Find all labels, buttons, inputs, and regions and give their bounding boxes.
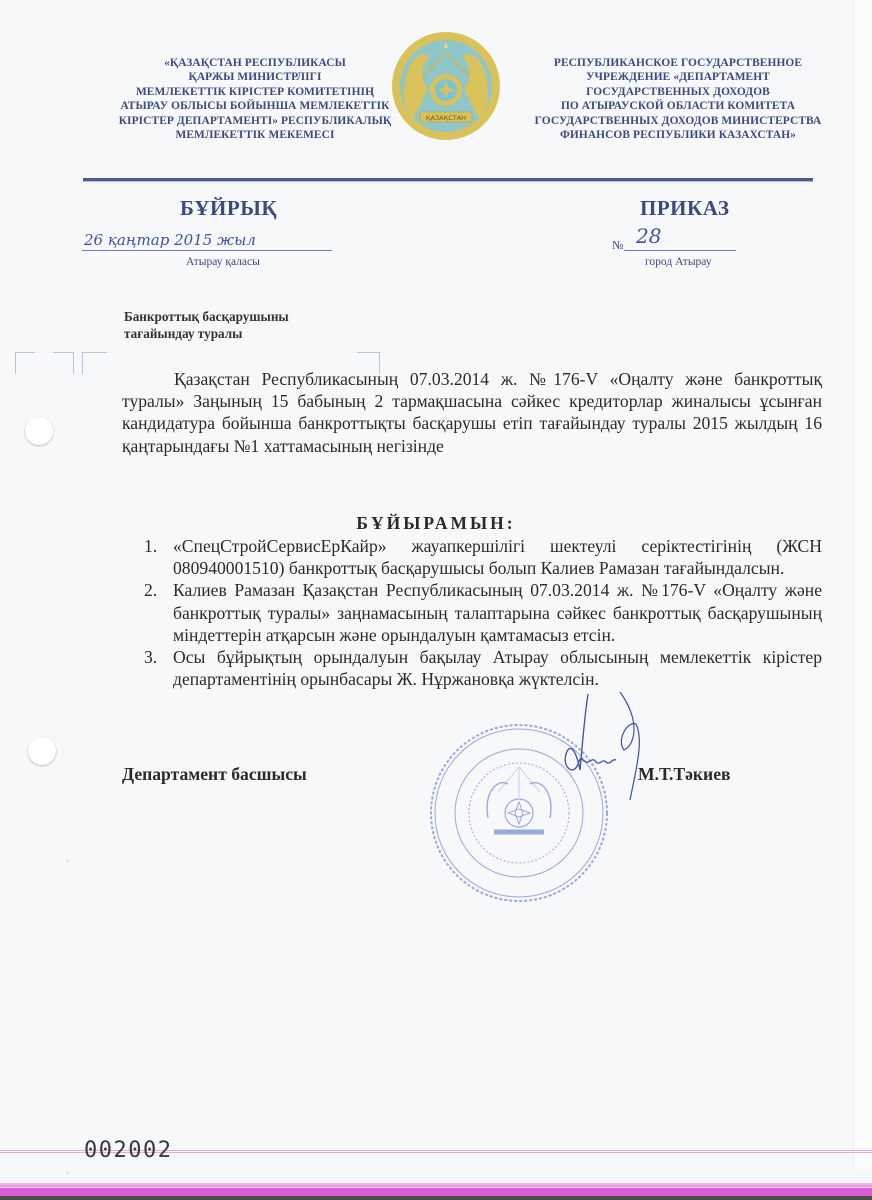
header-russian-line: РЕСПУБЛИКАНСКОЕ ГОСУДАРСТВЕННОЕ bbox=[528, 56, 828, 70]
footer-color-band bbox=[0, 1183, 872, 1196]
order-item-text: «СпецСтройСервисЕрКайр» жауапкершілігі ш… bbox=[173, 536, 822, 578]
punch-hole bbox=[28, 737, 56, 765]
order-number-label: № bbox=[612, 238, 623, 253]
scan-speck: ˌ bbox=[66, 852, 69, 862]
header-kazakh-line: «ҚАЗАҚСТАН РЕСПУБЛИКАСЫ bbox=[110, 56, 400, 70]
scanned-document-page: «ҚАЗАҚСТАН РЕСПУБЛИКАСЫ ҚАРЖЫ МИНИСТРЛІГ… bbox=[0, 0, 872, 1200]
order-items: 1.«СпецСтройСервисЕрКайр» жауапкершілігі… bbox=[144, 535, 822, 690]
header-russian-line: УЧРЕЖДЕНИЕ «ДЕПАРТАМЕНТ bbox=[528, 70, 828, 84]
order-item-number: 3. bbox=[144, 646, 157, 668]
date-underline bbox=[82, 250, 332, 251]
form-serial-number: 002002 bbox=[84, 1138, 172, 1163]
header-kazakh: «ҚАЗАҚСТАН РЕСПУБЛИКАСЫ ҚАРЖЫ МИНИСТРЛІГ… bbox=[110, 56, 400, 142]
page-edge bbox=[853, 0, 872, 1170]
signatory-position: Департамент басшысы bbox=[122, 764, 307, 785]
signatory-name: М.Т.Тәкиев bbox=[638, 764, 731, 785]
header-divider-shadow bbox=[83, 181, 813, 182]
punch-hole bbox=[25, 417, 53, 445]
number-underline bbox=[624, 250, 736, 251]
header-russian-line: ГОСУДАРСТВЕННЫХ ДОХОДОВ bbox=[528, 85, 828, 99]
header-russian: РЕСПУБЛИКАНСКОЕ ГОСУДАРСТВЕННОЕ УЧРЕЖДЕН… bbox=[528, 56, 828, 142]
header-kazakh-line: МЕМЛЕКЕТТІК КІРІСТЕР КОМИТЕТІНІҢ bbox=[110, 85, 400, 99]
order-item-number: 1. bbox=[144, 535, 157, 557]
preamble: Қазақстан Республикасының 07.03.2014 ж. … bbox=[122, 368, 822, 457]
header-russian-line: ПО АТЫРАУСКОЙ ОБЛАСТИ КОМИТЕТА bbox=[528, 99, 828, 113]
handwritten-order-number: 28 bbox=[636, 224, 661, 248]
order-item: 2.Калиев Рамазан Қазақстан Республикасын… bbox=[144, 579, 822, 646]
city-kazakh: Атырау қаласы bbox=[186, 256, 260, 268]
preamble-text: Қазақстан Республикасының 07.03.2014 ж. … bbox=[122, 368, 822, 457]
order-item: 1.«СпецСтройСервисЕрКайр» жауапкершілігі… bbox=[144, 535, 822, 579]
order-item-number: 2. bbox=[144, 579, 157, 601]
header-kazakh-line: МЕМЛЕКЕТТІК МЕКЕМЕСІ bbox=[110, 128, 400, 142]
header-kazakh-line: ҚАРЖЫ МИНИСТРЛІГІ bbox=[110, 70, 400, 84]
city-russian: город Атырау bbox=[645, 256, 712, 268]
header-kazakh-line: АТЫРАУ ОБЛЫСЫ БОЙЫНША МЕМЛЕКЕТТІК bbox=[110, 99, 400, 113]
handwritten-date: 26 қаңтар 2015 жыл bbox=[84, 231, 256, 249]
scan-speck: ˌ bbox=[66, 1164, 69, 1174]
svg-text:ҚАЗАҚСТАН: ҚАЗАҚСТАН bbox=[426, 114, 466, 122]
header-russian-line: ФИНАНСОВ РЕСПУБЛИКИ КАЗАХСТАН» bbox=[528, 128, 828, 142]
handwritten-signature-icon bbox=[540, 690, 660, 810]
state-emblem-icon: ҚАЗАҚСТАН bbox=[390, 30, 502, 142]
header-kazakh-line: КІРІСТЕР ДЕПАРТАМЕНТІ» РЕСПУБЛИКАЛЫҚ bbox=[110, 114, 400, 128]
subject-line: тағайындау туралы bbox=[124, 325, 289, 342]
order-item-text: Калиев Рамазан Қазақстан Республикасының… bbox=[173, 580, 822, 644]
document-title-russian: ПРИКАЗ bbox=[640, 196, 729, 221]
header-russian-line: ГОСУДАРСТВЕННЫХ ДОХОДОВ МИНИСТЕРСТВА bbox=[528, 114, 828, 128]
document-title-kazakh: БҰЙРЫҚ bbox=[180, 196, 277, 221]
order-item: 3.Осы бұйрықтың орындалуын бақылау Атыра… bbox=[144, 646, 822, 690]
order-heading: БҰЙЫРАМЫН: bbox=[0, 513, 872, 534]
document-subject: Банкроттық басқарушыны тағайындау туралы bbox=[124, 308, 289, 342]
order-item-text: Осы бұйрықтың орындалуын бақылау Атырау … bbox=[173, 647, 822, 689]
scan-bottom-edge bbox=[0, 1196, 872, 1200]
subject-line: Банкроттық басқарушыны bbox=[124, 308, 289, 325]
